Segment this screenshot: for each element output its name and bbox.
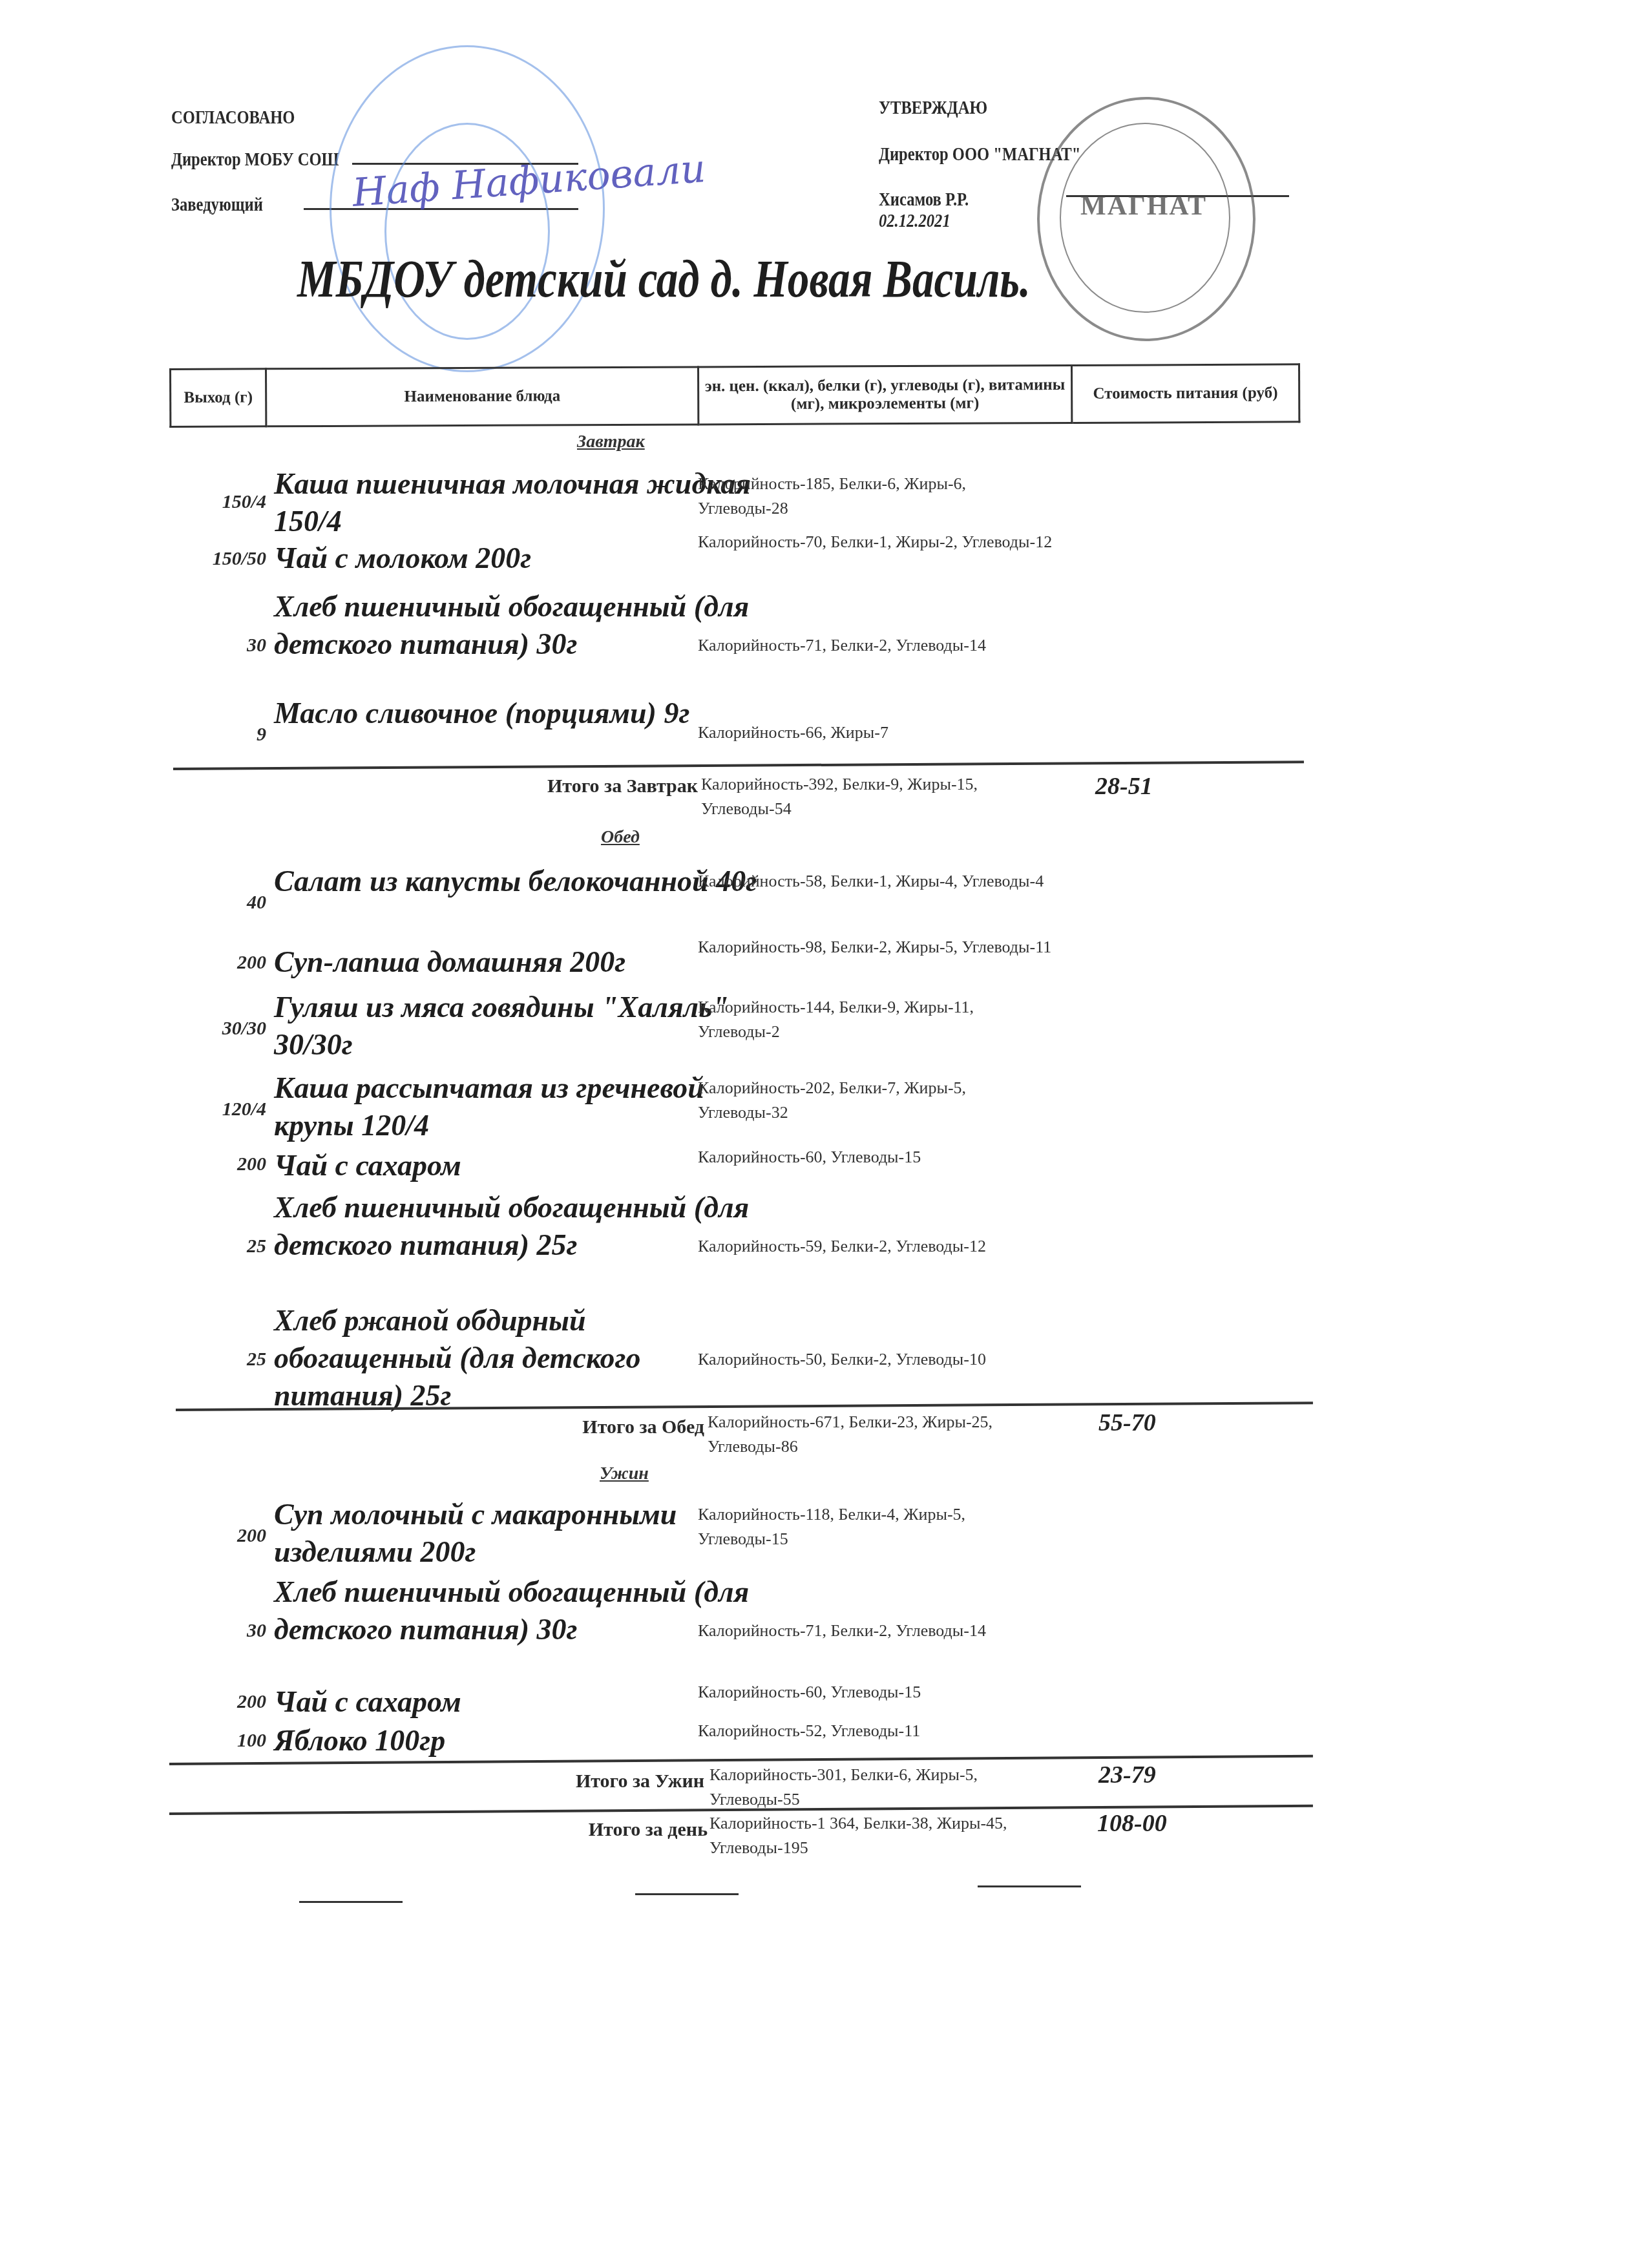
nutrition-value: Калорийность-60, Углеводы-15: [698, 1680, 1060, 1705]
column-header-yield: Выход (г): [171, 369, 267, 427]
total-label-dinner: Итого за Ужин: [381, 1770, 704, 1792]
total-label-day: Итого за день: [384, 1819, 708, 1841]
yield-value: 200: [169, 1153, 266, 1175]
nutrition-value: Калорийность-144, Белки-9, Жиры-11, Угле…: [698, 995, 1060, 1044]
approve-name: Хисамов Р.Р.: [879, 189, 969, 211]
company-stamp-text: МАГНАТ: [1060, 191, 1228, 222]
yield-value: 200: [169, 952, 266, 974]
total-cost-lunch: 55-70: [1098, 1409, 1156, 1437]
total-cost-day: 108-00: [1097, 1809, 1167, 1838]
yield-value: 40: [169, 892, 266, 914]
section-divider: [173, 761, 1304, 770]
dish-name: Каша рассыпчатая из гречневой крупы 120/…: [274, 1069, 765, 1144]
total-nutrition-day: Калорийность-1 364, Белки-38, Жиры-45, У…: [709, 1811, 1071, 1860]
yield-value: 30/30: [169, 1018, 266, 1040]
nutrition-value: Калорийность-66, Жиры-7: [698, 720, 1060, 745]
nutrition-value: Калорийность-52, Углеводы-11: [698, 1719, 1060, 1743]
signature-blank: [635, 1893, 739, 1895]
nutrition-value: Калорийность-70, Белки-1, Жиры-2, Углево…: [698, 530, 1060, 554]
section-title-breakfast: Завтрак: [577, 432, 645, 452]
dish-name: Суп-лапша домашняя 200г: [274, 943, 765, 981]
nutrition-value: Калорийность-71, Белки-2, Углеводы-14: [698, 633, 1060, 658]
yield-value: 150/50: [169, 548, 266, 570]
nutrition-value: Калорийность-50, Белки-2, Углеводы-10: [698, 1347, 1060, 1372]
nutrition-value: Калорийность-202, Белки-7, Жиры-5, Углев…: [698, 1076, 1060, 1125]
total-label-breakfast: Итого за Завтрак: [375, 775, 698, 797]
dish-name: Салат из капусты белокочанной 40г: [274, 863, 765, 900]
yield-value: 25: [169, 1349, 266, 1370]
signature-blank: [299, 1901, 403, 1903]
dish-name: Хлеб пшеничный обогащенный (для детского…: [274, 1189, 765, 1264]
approval-label: СОГЛАСОВАНО: [171, 107, 295, 129]
nutrition-value: Калорийность-60, Углеводы-15: [698, 1145, 1060, 1170]
yield-value: 150/4: [169, 491, 266, 513]
section-title-dinner: Ужин: [600, 1464, 649, 1484]
total-label-lunch: Итого за Обед: [381, 1416, 704, 1438]
dish-name: Суп молочный с макаронными изделиями 200…: [274, 1496, 765, 1571]
nutrition-value: Калорийность-71, Белки-2, Углеводы-14: [698, 1619, 1060, 1643]
approve-date: 02.12.2021: [879, 210, 951, 232]
total-nutrition-lunch: Калорийность-671, Белки-23, Жиры-25, Угл…: [708, 1410, 1069, 1459]
dish-name: Хлеб ржаной обдирный обогащенный (для де…: [274, 1302, 765, 1414]
menu-table-header: Выход (г) Наименование блюда эн. цен. (к…: [169, 363, 1300, 428]
dish-name: Хлеб пшеничный обогащенный (для детского…: [274, 588, 765, 663]
signature-blank: [978, 1885, 1081, 1887]
dish-name: Хлеб пшеничный обогащенный (для детского…: [274, 1573, 765, 1648]
yield-value: 100: [169, 1730, 266, 1752]
yield-value: 200: [169, 1525, 266, 1547]
yield-value: 25: [169, 1235, 266, 1257]
total-cost-breakfast: 28-51: [1095, 772, 1153, 801]
column-header-nutrition: эн. цен. (ккал), белки (г), углеводы (г)…: [698, 365, 1072, 425]
approval-role: Заведующий: [171, 194, 263, 216]
yield-value: 30: [169, 635, 266, 656]
dish-name: Яблоко 100гр: [274, 1722, 765, 1759]
dish-name: Чай с молоком 200г: [274, 540, 765, 577]
nutrition-value: Калорийность-185, Белки-6, Жиры-6, Углев…: [698, 472, 1060, 521]
section-title-lunch: Обед: [601, 827, 640, 848]
yield-value: 200: [169, 1691, 266, 1713]
approval-position: Директор МОБУ СОШ: [171, 149, 339, 171]
column-header-cost: Стоимость питания (руб): [1071, 364, 1299, 423]
nutrition-value: Калорийность-58, Белки-1, Жиры-4, Углево…: [698, 869, 1060, 894]
total-cost-dinner: 23-79: [1098, 1761, 1156, 1789]
dish-name: Масло сливочное (порциями) 9г: [274, 695, 765, 732]
yield-value: 30: [169, 1620, 266, 1642]
dish-name: Чай с сахаром: [274, 1147, 765, 1184]
approve-label: УТВЕРЖДАЮ: [879, 97, 987, 119]
nutrition-value: Калорийность-59, Белки-2, Углеводы-12: [698, 1234, 1060, 1259]
total-nutrition-breakfast: Калорийность-392, Белки-9, Жиры-15, Угле…: [701, 772, 1063, 821]
page-title: МБДОУ детский сад д. Новая Василь.: [297, 249, 1031, 310]
dish-name: Гуляш из мяса говядины "Халяль" 30/30г: [274, 989, 765, 1064]
nutrition-value: Калорийность-118, Белки-4, Жиры-5, Углев…: [698, 1502, 1060, 1551]
column-header-dish: Наименование блюда: [266, 367, 699, 426]
total-nutrition-dinner: Калорийность-301, Белки-6, Жиры-5, Углев…: [709, 1763, 1071, 1812]
dish-name: Каша пшеничная молочная жидкая 150/4: [274, 465, 765, 540]
yield-value: 9: [169, 724, 266, 746]
yield-value: 120/4: [169, 1098, 266, 1120]
nutrition-value: Калорийность-98, Белки-2, Жиры-5, Углево…: [698, 935, 1060, 960]
dish-name: Чай с сахаром: [274, 1683, 765, 1721]
